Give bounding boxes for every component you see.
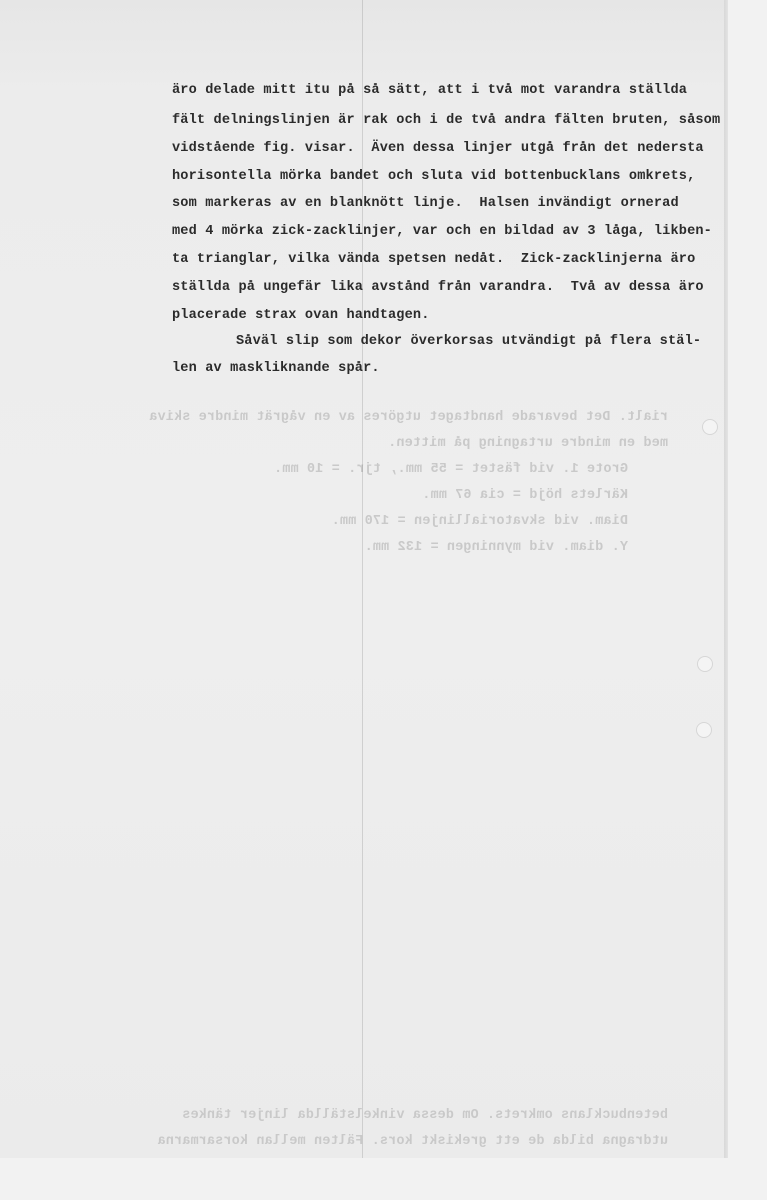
text-line: med 4 mörka zick-zacklinjer, var och en …: [172, 221, 712, 243]
text-line: vidstående fig. visar. Även dessa linjer…: [172, 138, 704, 160]
bleed-line: Y. diam. vid mynningen = 132 mm.: [364, 540, 628, 555]
text-line: äro delade mitt itu på så sätt, att i tv…: [172, 80, 687, 102]
page-edge: [724, 0, 728, 1158]
text-line: len av maskliknande spår.: [172, 358, 380, 380]
bleed-line: Grote 1. vid fästet = 55 mm., tjr. = 10 …: [274, 462, 628, 477]
bleed-line: Kärlets höjd = cia 67 mm.: [422, 488, 628, 503]
punch-hole: [697, 656, 713, 672]
document-page: rialt. Det bevarade handtaget utgöres av…: [0, 0, 728, 1158]
bleed-line: med en mindre urtagning på mitten.: [388, 436, 668, 451]
bleed-line: rialt. Det bevarade handtaget utgöres av…: [149, 410, 668, 425]
punch-hole: [702, 419, 718, 435]
bleed-line: betenbucklans omkrets. Om dessa vinkelst…: [182, 1108, 668, 1123]
text-line: som markeras av en blanknött linje. Hals…: [172, 193, 679, 215]
text-line: fält delningslinjen är rak och i de två …: [172, 110, 720, 132]
text-line: ställda på ungefär lika avstånd från var…: [172, 277, 704, 299]
text-line: Såväl slip som dekor överkorsas utvändig…: [236, 331, 701, 353]
bleed-line: Diam. vid skvatoriallinjen = 170 mm.: [332, 514, 629, 529]
text-line: horisontella mörka bandet och sluta vid …: [172, 166, 695, 188]
punch-hole: [696, 722, 712, 738]
text-line: ta trianglar, vilka vända spetsen nedåt.…: [172, 249, 695, 271]
text-line: placerade strax ovan handtagen.: [172, 305, 430, 327]
bleed-line: utdragna bilda de ett grekiskt kors. Fäl…: [157, 1134, 668, 1149]
